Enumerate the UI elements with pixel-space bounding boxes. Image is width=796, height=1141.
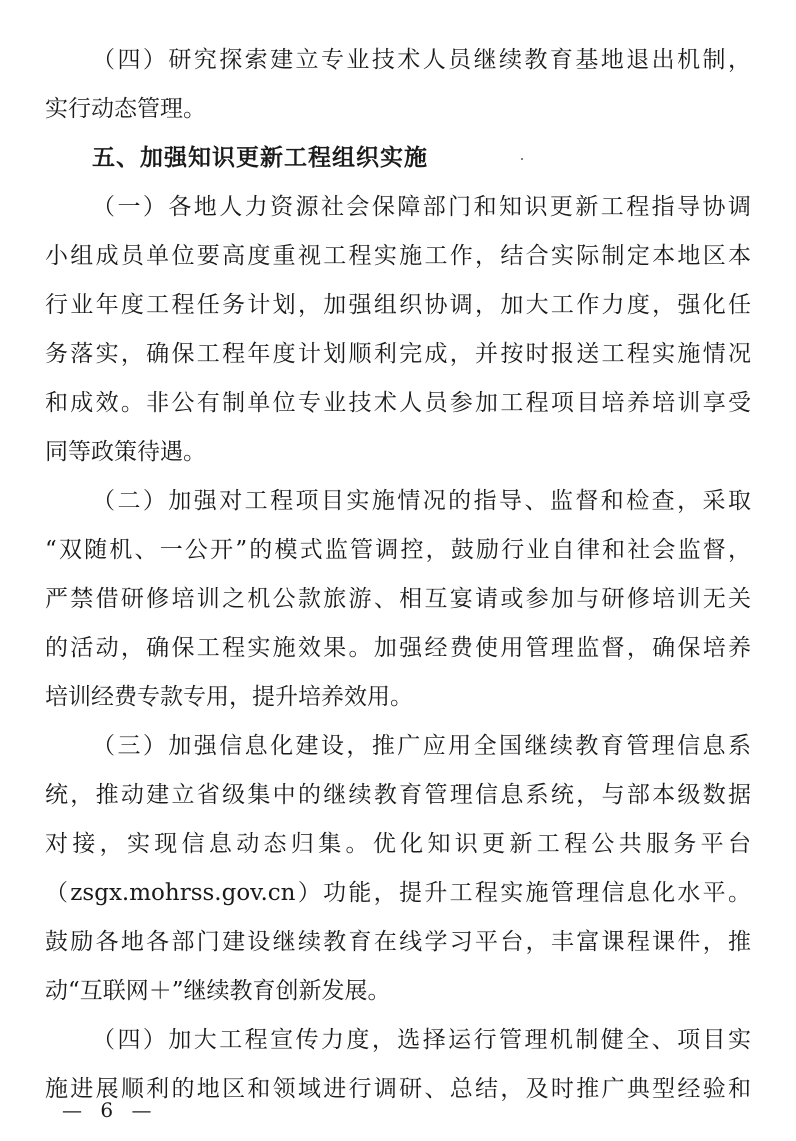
paragraph-line: 鼓励各地各部门建设继续教育在线学习平台，丰富课程课件，推	[45, 918, 751, 967]
paragraph-line: “双随机、一公开”的模式监管调控，鼓励行业自律和社会监督，	[45, 526, 751, 575]
paragraph-line: 小组成员单位要高度重视工程实施工作，结合实际制定本地区本	[45, 232, 751, 281]
paragraph-line: 严禁借研修培训之机公款旅游、相互宴请或参加与研修培训无关	[45, 575, 751, 624]
paragraph-line: （三）加强信息化建设，推广应用全国继续教育管理信息系	[45, 722, 751, 771]
paragraph-line: 实行动态管理。	[45, 85, 751, 134]
paragraph-line: （四）加大工程宣传力度，选择运行管理机制健全、项目实	[45, 1016, 751, 1065]
paragraph-line: 同等政策待遇。	[45, 428, 751, 477]
paragraph-line: （二）加强对工程项目实施情况的指导、监督和检查，采取	[45, 477, 751, 526]
scan-artifact-dot	[521, 158, 523, 160]
paragraph-line: 动“互联网＋”继续教育创新发展。	[45, 967, 751, 1016]
paragraph-line: 行业年度工程任务计划，加强组织协调，加大工作力度，强化任	[45, 281, 751, 330]
paragraph-line: 务落实，确保工程年度计划顺利完成，并按时报送工程实施情况	[45, 330, 751, 379]
paragraph-line: （四）研究探索建立专业技术人员继续教育基地退出机制，	[45, 36, 751, 85]
paragraph-line: 的活动，确保工程实施效果。加强经费使用管理监督，确保培养	[45, 624, 751, 673]
paragraph-line: 统，推动建立省级集中的继续教育管理信息系统，与部本级数据	[45, 771, 751, 820]
section-heading-text: 五、加强知识更新工程组织实施	[92, 145, 428, 171]
paragraph-line: 对接，实现信息动态归集。优化知识更新工程公共服务平台	[45, 820, 751, 869]
document-page: （四）研究探索建立专业技术人员继续教育基地退出机制， 实行动态管理。 五、加强知…	[45, 36, 751, 1114]
paragraph-line: （zsgx.mohrss.gov.cn）功能，提升工程实施管理信息化水平。	[45, 869, 751, 918]
paragraph-line: 和成效。非公有制单位专业技术人员参加工程项目培养培训享受	[45, 379, 751, 428]
paragraph-line: （一）各地人力资源社会保障部门和知识更新工程指导协调	[45, 183, 751, 232]
paragraph-line: 培训经费专款专用，提升培养效用。	[45, 673, 751, 722]
section-heading: 五、加强知识更新工程组织实施	[45, 134, 751, 183]
page-number: — 6 —	[62, 1098, 157, 1122]
